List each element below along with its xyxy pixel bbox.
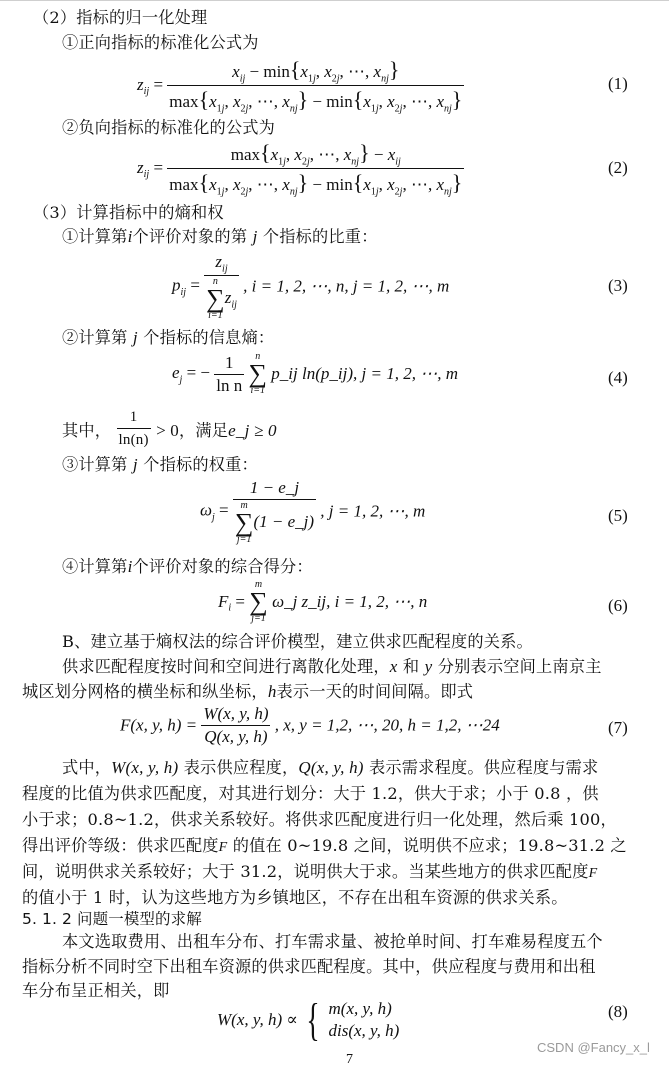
equation-number-8: (8) — [608, 1002, 628, 1022]
section-512-line1: 本文选取费用、出租车分布、打车需求量、被抢单时间、打车难易程度五个 — [62, 932, 603, 952]
equation-6: Fi = m∑j=1 ω_j z_ij, i = 1, 2, ⋯, n — [218, 580, 427, 624]
section-512-line2: 指标分析不同时空下出租车资源的供求匹配程度。其中，供应程度与费用和出租 — [22, 957, 596, 977]
equation-number-1: (1) — [608, 74, 628, 94]
equation-7: F(x, y, h) = W(x, y, h) Q(x, y, h) , x, … — [120, 704, 500, 747]
entropy-note: 其中， 1 ln(n) > 0，满足e_j ≥ 0 — [62, 413, 277, 450]
equation-number-2: (2) — [608, 158, 628, 178]
equation-3: pij = zij n∑i=1zij , i = 1, 2, ⋯, n, j =… — [172, 252, 449, 321]
section-b-para2-line2: 程度的比值为供求匹配度，对其进行划分：大于 1.2，供大于求；小于 0.8 ，供 — [22, 784, 599, 804]
section-heading-normalization: （2）指标的归一化处理 — [33, 8, 207, 28]
equation-4: ej = − 1 ln n n∑i=1 p_ij ln(p_ij), j = 1… — [172, 352, 458, 396]
csdn-watermark: CSDN @Fancy_x_l — [537, 1040, 650, 1055]
section-b-para2-line6: 的值小于 1 时，认为这些地方为乡镇地区，不存在出租车资源的供求关系。 — [22, 888, 568, 908]
section-b-heading: B、建立基于熵权法的综合评价模型，建立供求匹配程度的关系。 — [62, 632, 533, 652]
equation-1-fraction: xij − min{x1j, x2j, ⋯, xnj} max{x1j, x2j… — [167, 57, 464, 115]
equation-2-fraction: max{x1j, x2j, ⋯, xnj} − xij max{x1j, x2j… — [167, 140, 464, 198]
section-b-para2-line3: 小于求；0.8~1.2，供求关系较好。将供求匹配度进行归一化处理，然后乘 100… — [22, 810, 617, 830]
page-top-border — [0, 0, 669, 3]
equation-8: W(x, y, h) ∝ { m(x, y, h) dis(x, y, h) — [217, 997, 399, 1043]
step1-label: ①计算第i个评价对象的第 j 个指标的比重： — [62, 227, 378, 247]
equation-number-4: (4) — [608, 368, 628, 388]
step2-label: ②计算第 j 个指标的信息熵： — [62, 328, 274, 348]
step4-label: ④计算第i个评价对象的综合得分： — [62, 557, 313, 577]
section-b-para1-line2: 城区划分网格的横坐标和纵坐标，h表示一天的时间间隔。即式 — [22, 682, 473, 702]
section-heading-5-1-2: 5. 1. 2 问题一模型的求解 — [22, 909, 202, 929]
page-number: 7 — [346, 1052, 353, 1068]
summation-symbol: m∑j=1 — [249, 580, 268, 624]
equation-2: zij = max{x1j, x2j, ⋯, xnj} − xij max{x1… — [137, 140, 464, 198]
negative-indicator-label: ②负向指标的标准化的公式为 — [62, 118, 275, 138]
positive-indicator-label: ①正向指标的标准化公式为 — [62, 33, 259, 53]
piecewise-brace: { m(x, y, h) dis(x, y, h) — [302, 997, 399, 1043]
section-b-para2-line5: 间，说明供求关系较好；大于 31.2，说明供大于求。当某些地方的供求匹配度F — [22, 862, 597, 884]
equation-5: ωj = 1 − e_j m∑j=1(1 − e_j) , j = 1, 2, … — [200, 478, 425, 545]
section-heading-entropy-weight: （3）计算指标中的熵和权 — [33, 203, 224, 223]
section-512-line3: 车分布呈正相关，即 — [22, 981, 170, 1001]
summation-symbol: m∑j=1 — [235, 501, 254, 545]
section-b-para2-line1: 式中，W(x, y, h) 表示供应程度，Q(x, y, h) 表示需求程度。供… — [62, 758, 598, 778]
equation-number-3: (3) — [608, 276, 628, 296]
step3-label: ③计算第 j 个指标的权重： — [62, 455, 258, 475]
equation-number-6: (6) — [608, 596, 628, 616]
equation-number-5: (5) — [608, 506, 628, 526]
equation-1: zij = xij − min{x1j, x2j, ⋯, xnj} max{x1… — [137, 57, 464, 115]
summation-symbol: n∑i=1 — [249, 352, 268, 396]
section-b-para2-line4: 得出评价等级：供求匹配度F 的值在 0~19.8 之间，说明供不应求；19.8~… — [22, 836, 627, 858]
summation-symbol: n∑i=1 — [206, 277, 225, 321]
equation-number-7: (7) — [608, 718, 628, 738]
section-b-para1-line1: 供求匹配程度按时间和空间进行离散化处理，x 和 y 分别表示空间上南京主 — [62, 657, 602, 677]
